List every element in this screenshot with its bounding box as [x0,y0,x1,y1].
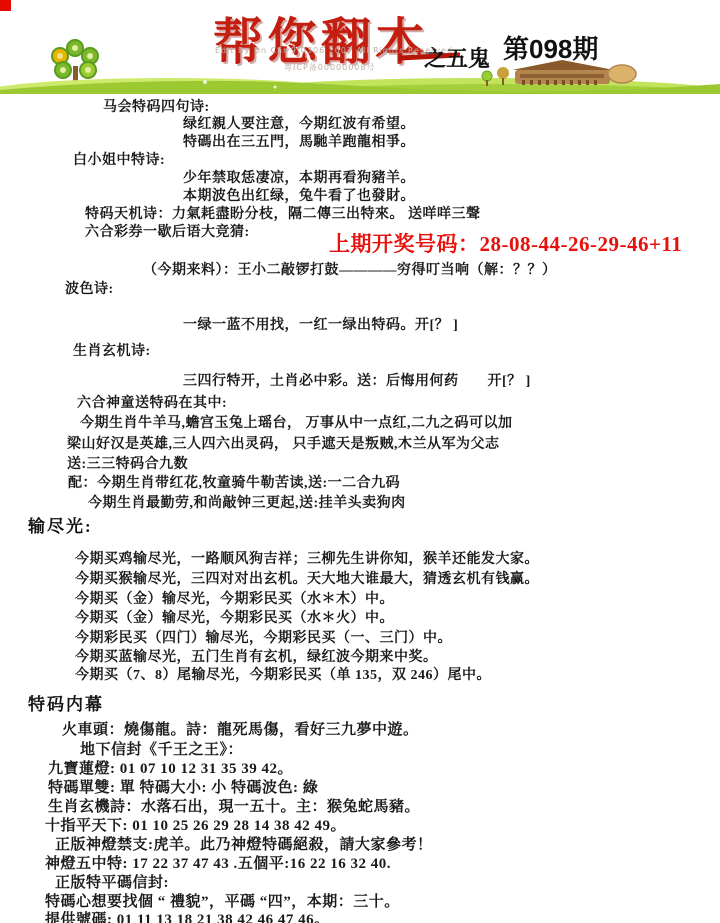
text-line: 生肖玄機詩：水落石出，現一五十。主：猴兔蛇馬豬。 [48,795,420,816]
text-line: 一绿一蓝不用找，一红一绿出特码。开[？ ] [183,314,458,334]
text-line: 生肖玄机诗: [73,340,151,360]
text-line: 正版特平碼信封: [55,871,169,892]
text-line: 今期买蓝输尽光，五门生肖有玄机，绿红波今期来中奖。 [75,646,438,666]
text-line: 地下信封《千王之王》： [80,738,243,759]
text-line: 今期彩民买（四门）输尽光，今期彩民买（一、三门）中。 [75,627,452,647]
text-line: （今期来料）：王小二敲锣打鼓————穷得叮当响（解：？？） [143,259,557,279]
text-line: 少年禁取恁凄凉，本期再看狗豬羊。 [183,167,415,187]
text-line: 特码天机诗：力氣耗盡盼分枝，隔二傳三出特來。 送咩咩三聲 [85,203,481,223]
text-line: 送:三三特码合九数 [67,453,188,473]
section-heading-shujinguang: 输尽光: [28,512,93,537]
watermark-text: Edit By Dn Car 9f0306 2007 All Rights Re… [215,46,453,55]
lottery-tip-sheet: 帮您翻本 之五鬼 第098期 Edit By Dn Car 9f0306 200… [0,0,720,923]
text-line: 今期生肖最勤劳,和尚敲钟三更起,送:挂羊头卖狗肉 [88,492,406,512]
text-line: 梁山好汉是英雄,三人四六出灵码， 只手遮天是叛贼,木兰从军为父志 [67,433,500,453]
text-line: 正版神燈禁支:虎羊。此乃神燈特碼絕殺，請大家參考！ [55,833,433,854]
text-line: 六合彩券一歇后语大竞猜: [85,221,250,241]
text-line: 特碼出在三五門，馬馳羊跑龍相爭。 [183,131,415,151]
text-line: 今期生肖牛羊马,蟾宫玉兔上瑶台， 万事从中一点红,二九之码可以加 [80,412,513,432]
text-line: 今期买（金）输尽光，今期彩民买（水＊火）中。 [75,607,394,627]
text-line: 特碼單雙: 單 特碼大小: 小 特碼波色: 綠 [48,776,318,797]
text-line: 今期买鸡输尽光，一路顺风狗吉祥；三柳先生讲你知，猴羊还能发大家。 [75,548,539,568]
text-line: 绿红親人要注意，今期红波有希望。 [183,113,415,133]
text-line: 波色诗: [65,278,114,298]
text-line: 本期波色出红绿，兔牛看了也發財。 [183,185,415,205]
text-line: 神燈五中特: 17 22 37 47 43 .五個平:16 22 16 32 4… [45,852,391,873]
text-line: 九寶蓮燈: 01 07 10 12 31 35 39 42。 [48,757,293,778]
section-heading-temaneimu: 特码内幕 [28,690,104,715]
text-line: 火車頭：燒傷龍。詩：龍死馬傷，看好三九夢中遊。 [62,718,419,739]
grass-band [0,56,720,94]
text-line: 三四行特开，土肖必中彩。送：后悔用何药 开[？ ] [183,370,531,390]
text-line: 今期买猴输尽光，三四对对出玄机。天大地大谁最大，猜透玄机有钱赢。 [75,568,539,588]
text-line: 白小姐中特诗: [73,149,165,169]
red-corner-mark [0,0,11,11]
text-line: 今期买（金）输尽光，今期彩民买（水＊木）中。 [75,588,394,608]
text-line: 十指平天下: 01 10 25 26 29 28 14 38 42 49。 [45,814,346,835]
text-line: 今期买（7、8）尾输尽光，今期彩民买（单 135，双 246）尾中。 [75,664,491,684]
text-line: 六合神童送特码在其中: [77,392,227,412]
text-line: 提供號碼: 01 11 13 18 21 38 42 46 47 46。 [45,908,330,923]
text-line: 配：今期生肖带红花,牧童骑牛勒苦读,送:一二合九码 [68,472,400,492]
previous-draw-numbers: 上期开奖号码：28-08-44-26-29-46+11 [329,228,682,258]
